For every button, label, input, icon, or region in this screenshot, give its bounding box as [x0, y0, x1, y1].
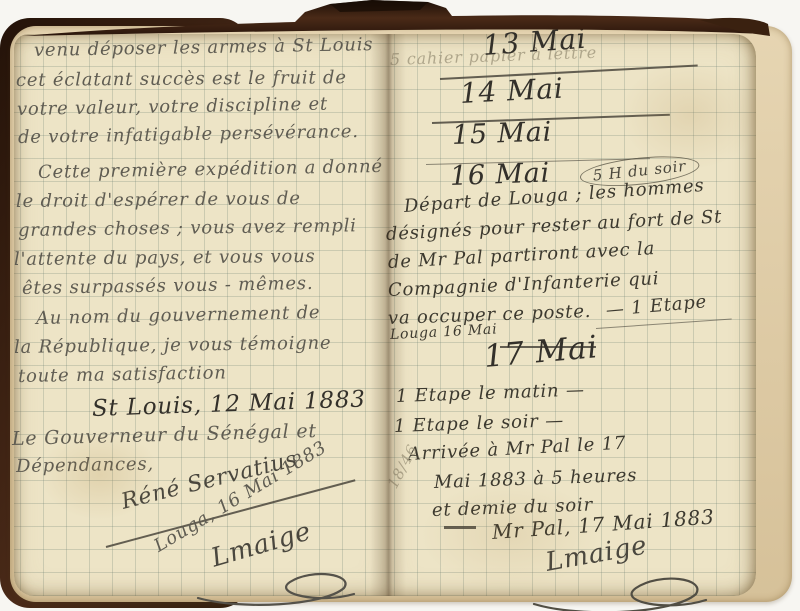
handwriting-line: votre valeur, votre discipline et	[17, 96, 328, 119]
date-entry-13-mai: 13 Mai	[482, 25, 587, 60]
handwriting-line: Mai 1883 à 5 heures	[434, 467, 638, 492]
handwriting-line: Cette première expédition a donné	[38, 158, 383, 182]
date-entry-16-mai: 16 Mai	[450, 160, 551, 190]
handwriting-line: la République, je vous témoigne	[14, 335, 332, 357]
handwriting-line: grandes choses ; vous avez rempli	[18, 217, 357, 240]
handwriting-line: Le Gouverneur du Sénégal et	[12, 422, 317, 449]
handwriting-line: Dépendances,	[16, 456, 154, 476]
right-page: 5 cahier papier à lettre 13 Mai 14 Mai 1…	[388, 34, 756, 596]
handwriting-line: de Mr Pal partiront avec la	[388, 240, 656, 272]
dateline-st-louis: St Louis, 12 Mai 1883	[92, 388, 367, 421]
signature-scrawl: Lmaige	[208, 518, 314, 571]
date-entry-15-mai: 15 Mai	[452, 119, 553, 149]
handwriting-line: venu déposer les armes à St Louis	[34, 36, 374, 60]
handwriting-line: Compagnie d'Infanterie qui	[388, 270, 660, 300]
handwriting-line: Arrivée à Mr Pal le 17	[408, 435, 627, 464]
handwriting-line: de votre infatigable persévérance.	[18, 123, 359, 147]
notebook-scan: venu déposer les armes à St Louis cet éc…	[0, 0, 800, 611]
handwriting-line: le droit d'espérer de vous de	[16, 190, 301, 211]
etape-note: — 1 Etape	[605, 293, 708, 320]
handwriting-line: 1 Etape le soir —	[394, 412, 565, 436]
handwriting-line: l'attente du pays, et vous vous	[14, 248, 316, 269]
left-page: venu déposer les armes à St Louis cet éc…	[14, 34, 388, 596]
handwriting-line: 1 Etape le matin —	[396, 381, 585, 406]
handwriting-line: êtes surpassés vous - mêmes.	[22, 275, 314, 298]
underline-stroke	[444, 526, 476, 529]
handwriting-line: toute ma satisfaction	[18, 364, 227, 386]
date-entry-17-mai: 17 Mai	[483, 332, 600, 373]
handwriting-line: cet éclatant succès est le fruit de	[16, 69, 347, 90]
handwriting-line: Au nom du gouvernement de	[36, 304, 321, 328]
date-entry-14-mai: 14 Mai	[459, 75, 564, 108]
ghost-fraction: 18/46	[385, 442, 420, 491]
